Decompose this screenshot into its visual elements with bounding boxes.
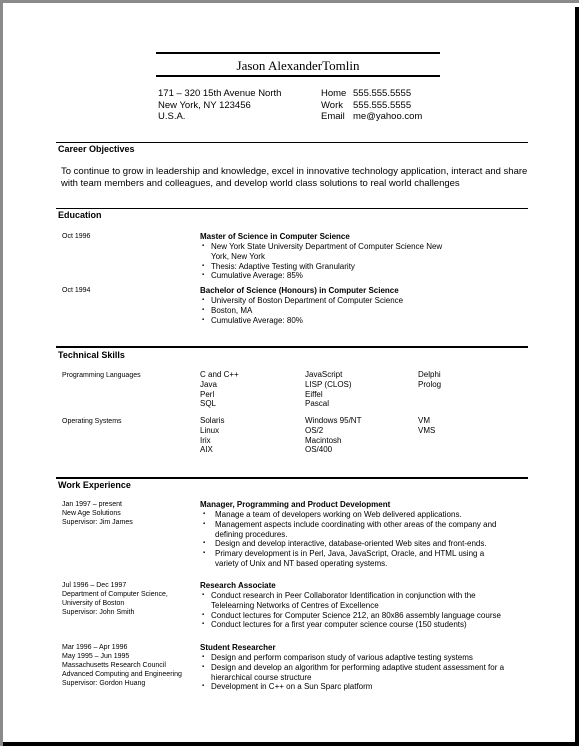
bullet-item: Cumulative Average: 80%: [200, 316, 530, 326]
address-line: New York, NY 123456: [158, 100, 281, 112]
skill-group-label: Operating Systems: [62, 417, 122, 426]
degree-title: Master of Science in Computer Science: [200, 232, 530, 242]
work-entry: Student Researcher Design and perform co…: [200, 643, 530, 692]
objectives-text: To continue to grow in leadership and kn…: [61, 166, 531, 189]
job-title: Student Researcher: [200, 643, 530, 653]
section-divider: [56, 346, 528, 348]
skill-column: Windows 95/NT OS/2 Macintosh OS/400: [305, 416, 361, 455]
work-detail-line: University of Boston: [62, 599, 168, 608]
address-block: 171 – 320 15th Avenue North New York, NY…: [158, 88, 281, 123]
skill-column: JavaScript LISP (CLOS) Eiffel Pascal: [305, 370, 352, 409]
section-title-work: Work Experience: [58, 480, 131, 491]
skill-item: Prolog: [418, 380, 441, 390]
work-bullets: Design and perform comparison study of v…: [200, 653, 530, 692]
bullet-item: Cumulative Average: 85%: [200, 271, 530, 281]
work-detail-line: New Age Solutions: [62, 509, 133, 518]
education-date: Oct 1994: [62, 286, 90, 295]
skill-item: OS/400: [305, 445, 361, 455]
skill-item: AIX: [200, 445, 224, 455]
page-shadow-right: [575, 7, 579, 746]
bullet-item: Manage a team of developers working on W…: [200, 510, 520, 520]
section-divider: [56, 142, 528, 143]
work-detail-line: Massachusetts Research Council: [62, 661, 182, 670]
bullet-item: Primary development is in Perl, Java, Ja…: [200, 549, 490, 569]
work-detail-line: Mar 1996 – Apr 1996: [62, 643, 182, 652]
education-bullets: University of Boston Department of Compu…: [200, 296, 530, 325]
skill-item: Linux: [200, 426, 224, 436]
work-details: Jul 1996 – Dec 1997 Department of Comput…: [62, 581, 168, 617]
skill-item: Macintosh: [305, 436, 361, 446]
section-divider: [56, 208, 528, 209]
work-details: Jan 1997 – present New Age Solutions Sup…: [62, 500, 133, 527]
work-detail-line: Supervisor: John Smith: [62, 608, 168, 617]
skill-item: C and C++: [200, 370, 239, 380]
email-link[interactable]: me@yahoo.com: [353, 111, 422, 123]
work-detail-line: Supervisor: Jim James: [62, 518, 133, 527]
contact-label: Email: [321, 111, 353, 123]
skill-item: Irix: [200, 436, 224, 446]
bullet-item: Conduct lectures for a first year comput…: [200, 620, 530, 630]
bullet-item: Design and develop an algorithm for perf…: [200, 663, 520, 683]
education-date: Oct 1996: [62, 232, 90, 241]
work-detail-line: Department of Computer Science,: [62, 590, 168, 599]
page-shadow-bottom: [3, 742, 579, 746]
address-line: 171 – 320 15th Avenue North: [158, 88, 281, 100]
skill-item: VM: [418, 416, 435, 426]
section-divider: [56, 477, 528, 479]
bullet-item: Boston, MA: [200, 306, 530, 316]
bullet-item: Conduct research in Peer Collaborator Id…: [200, 591, 490, 611]
bullet-item: Design and perform comparison study of v…: [200, 653, 530, 663]
bullet-item: University of Boston Department of Compu…: [200, 296, 530, 306]
work-bullets: Manage a team of developers working on W…: [200, 510, 520, 569]
education-entry: Master of Science in Computer Science Ne…: [200, 232, 530, 281]
degree-title: Bachelor of Science (Honours) in Compute…: [200, 286, 530, 296]
skill-column: Delphi Prolog: [418, 370, 441, 390]
work-entry: Research Associate Conduct research in P…: [200, 581, 530, 630]
section-title-skills: Technical Skills: [58, 350, 125, 361]
work-bullets: Conduct research in Peer Collaborator Id…: [200, 591, 530, 630]
address-line: U.S.A.: [158, 111, 281, 123]
skill-column: C and C++ Java Perl SQL: [200, 370, 239, 409]
candidate-name: Jason AlexanderTomlin: [156, 59, 440, 73]
job-title: Research Associate: [200, 581, 530, 591]
work-detail-line: Jan 1997 – present: [62, 500, 133, 509]
skill-group-label: Programming Languages: [62, 371, 141, 380]
skill-item: JavaScript: [305, 370, 352, 380]
contact-work: Work 555.555.5555: [321, 100, 422, 112]
work-detail-line: Jul 1996 – Dec 1997: [62, 581, 168, 590]
contact-value: 555.555.5555: [353, 100, 411, 112]
work-detail-line: Advanced Computing and Engineering: [62, 670, 182, 679]
job-title: Manager, Programming and Product Develop…: [200, 500, 520, 510]
bullet-item: New York State University Department of …: [200, 242, 445, 262]
skill-item: Windows 95/NT: [305, 416, 361, 426]
skill-item: Pascal: [305, 399, 352, 409]
skill-item: Eiffel: [305, 390, 352, 400]
bullet-item: Thesis: Adaptive Testing with Granularit…: [200, 262, 530, 272]
skill-item: LISP (CLOS): [305, 380, 352, 390]
contact-label: Home: [321, 88, 353, 100]
skill-item: Delphi: [418, 370, 441, 380]
education-entry: Bachelor of Science (Honours) in Compute…: [200, 286, 530, 325]
section-title-education: Education: [58, 210, 102, 221]
bullet-item: Design and develop interactive, database…: [200, 539, 520, 549]
bullet-item: Development in C++ on a Sun Sparc platfo…: [200, 682, 530, 692]
contact-value: 555.555.5555: [353, 88, 411, 100]
name-top-rule: [156, 52, 440, 54]
skill-column: VM VMS: [418, 416, 435, 436]
contact-email: Email me@yahoo.com: [321, 111, 422, 123]
work-detail-line: Supervisor: Gordon Huang: [62, 679, 182, 688]
skill-item: OS/2: [305, 426, 361, 436]
resume-page: Jason AlexanderTomlin 171 – 320 15th Ave…: [0, 0, 579, 746]
contact-home: Home 555.555.5555: [321, 88, 422, 100]
name-bottom-rule: [156, 75, 440, 77]
bullet-item: Management aspects include coordinating …: [200, 520, 520, 540]
skill-item: Perl: [200, 390, 239, 400]
contact-block: Home 555.555.5555 Work 555.555.5555 Emai…: [321, 88, 422, 123]
skill-item: VMS: [418, 426, 435, 436]
bullet-item: Conduct lectures for Computer Science 21…: [200, 611, 530, 621]
section-title-objectives: Career Objectives: [58, 144, 135, 155]
skill-column: Solaris Linux Irix AIX: [200, 416, 224, 455]
skill-item: Java: [200, 380, 239, 390]
education-bullets: New York State University Department of …: [200, 242, 530, 281]
work-entry: Manager, Programming and Product Develop…: [200, 500, 520, 569]
work-details: Mar 1996 – Apr 1996 May 1995 – Jun 1995 …: [62, 643, 182, 688]
work-detail-line: May 1995 – Jun 1995: [62, 652, 182, 661]
contact-label: Work: [321, 100, 353, 112]
skill-item: SQL: [200, 399, 239, 409]
skill-item: Solaris: [200, 416, 224, 426]
